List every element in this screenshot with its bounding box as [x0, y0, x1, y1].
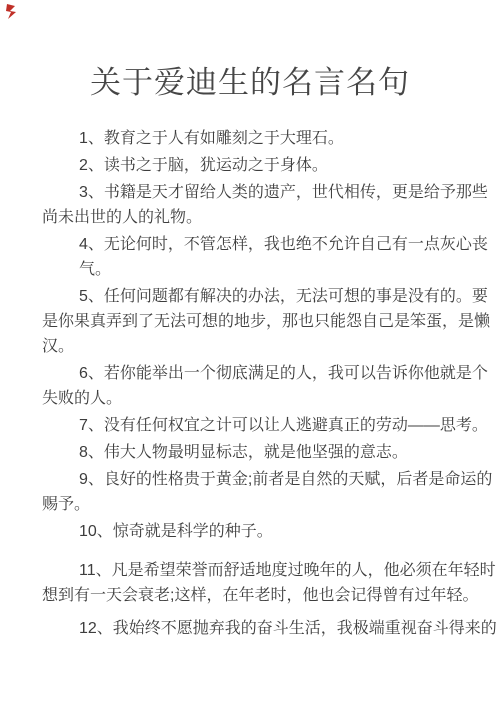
quote-line: 是你果真弄到了无法可想的地步，那也只能怨自己是笨蛋，是懒	[42, 309, 460, 334]
quote-line: 4、无论何时，不管怎样，我也绝不允许自己有一点灰心丧	[42, 232, 460, 257]
quote-line: 6、若你能举出一个彻底满足的人，我可以告诉你他就是个	[42, 361, 460, 386]
quote-line: 7、没有任何权宜之计可以让人逃避真正的劳动——思考。	[42, 413, 460, 438]
quote-line: 2、读书之于脑，犹运动之于身体。	[42, 153, 460, 178]
quote-line: 5、任何问题都有解决的办法，无法可想的事是没有的。要	[42, 284, 460, 309]
quote-paragraph: 7、没有任何权宜之计可以让人逃避真正的劳动——思考。	[42, 413, 460, 438]
quote-paragraph: 2、读书之于脑，犹运动之于身体。	[42, 153, 460, 178]
quote-line: 失败的人。	[42, 386, 460, 411]
document-page: 关于爱迪生的名言名句 1、教育之于人有如雕刻之于大理石。2、读书之于脑，犹运动之…	[0, 0, 500, 708]
quote-paragraph: 1、教育之于人有如雕刻之于大理石。	[42, 126, 460, 151]
page-title: 关于爱迪生的名言名句	[0, 66, 500, 100]
quote-line: 赐予。	[42, 492, 460, 517]
quote-paragraph: 5、任何问题都有解决的办法，无法可想的事是没有的。要是你果真弄到了无法可想的地步…	[42, 284, 460, 359]
quote-paragraph: 12、我始终不愿抛弃我的奋斗生活，我极端重视奋斗得来的	[42, 616, 460, 641]
quote-line: 11、凡是希望荣誉而舒适地度过晚年的人，他必须在年轻时	[42, 558, 460, 583]
quote-paragraph: 11、凡是希望荣誉而舒适地度过晚年的人，他必须在年轻时想到有一天会衰老;这样，在…	[42, 558, 460, 608]
quote-line: 8、伟大人物最明显标志，就是他坚强的意志。	[42, 440, 460, 465]
quote-paragraph: 4、无论何时，不管怎样，我也绝不允许自己有一点灰心丧气。	[42, 232, 460, 282]
corner-red-mark-icon	[5, 3, 17, 20]
quote-paragraph: 8、伟大人物最明显标志，就是他坚强的意志。	[42, 440, 460, 465]
quote-paragraph: 10、惊奇就是科学的种子。	[42, 519, 460, 544]
quote-line: 气。	[42, 257, 460, 282]
quote-paragraph: 6、若你能举出一个彻底满足的人，我可以告诉你他就是个失败的人。	[42, 361, 460, 411]
quote-paragraph: 9、良好的性格贵于黄金;前者是自然的天赋，后者是命运的赐予。	[42, 467, 460, 517]
quotes-list: 1、教育之于人有如雕刻之于大理石。2、读书之于脑，犹运动之于身体。3、书籍是天才…	[42, 126, 460, 643]
quote-line: 尚未出世的人的礼物。	[42, 205, 460, 230]
quote-line: 9、良好的性格贵于黄金;前者是自然的天赋，后者是命运的	[42, 467, 460, 492]
quote-line: 12、我始终不愿抛弃我的奋斗生活，我极端重视奋斗得来的	[42, 616, 460, 641]
quote-line: 3、书籍是天才留给人类的遗产，世代相传，更是给予那些	[42, 180, 460, 205]
quote-paragraph: 3、书籍是天才留给人类的遗产，世代相传，更是给予那些尚未出世的人的礼物。	[42, 180, 460, 230]
quote-line: 10、惊奇就是科学的种子。	[42, 519, 460, 544]
quote-line: 汉。	[42, 334, 460, 359]
quote-line: 1、教育之于人有如雕刻之于大理石。	[42, 126, 460, 151]
quote-line: 想到有一天会衰老;这样，在年老时，他也会记得曾有过年轻。	[42, 583, 460, 608]
